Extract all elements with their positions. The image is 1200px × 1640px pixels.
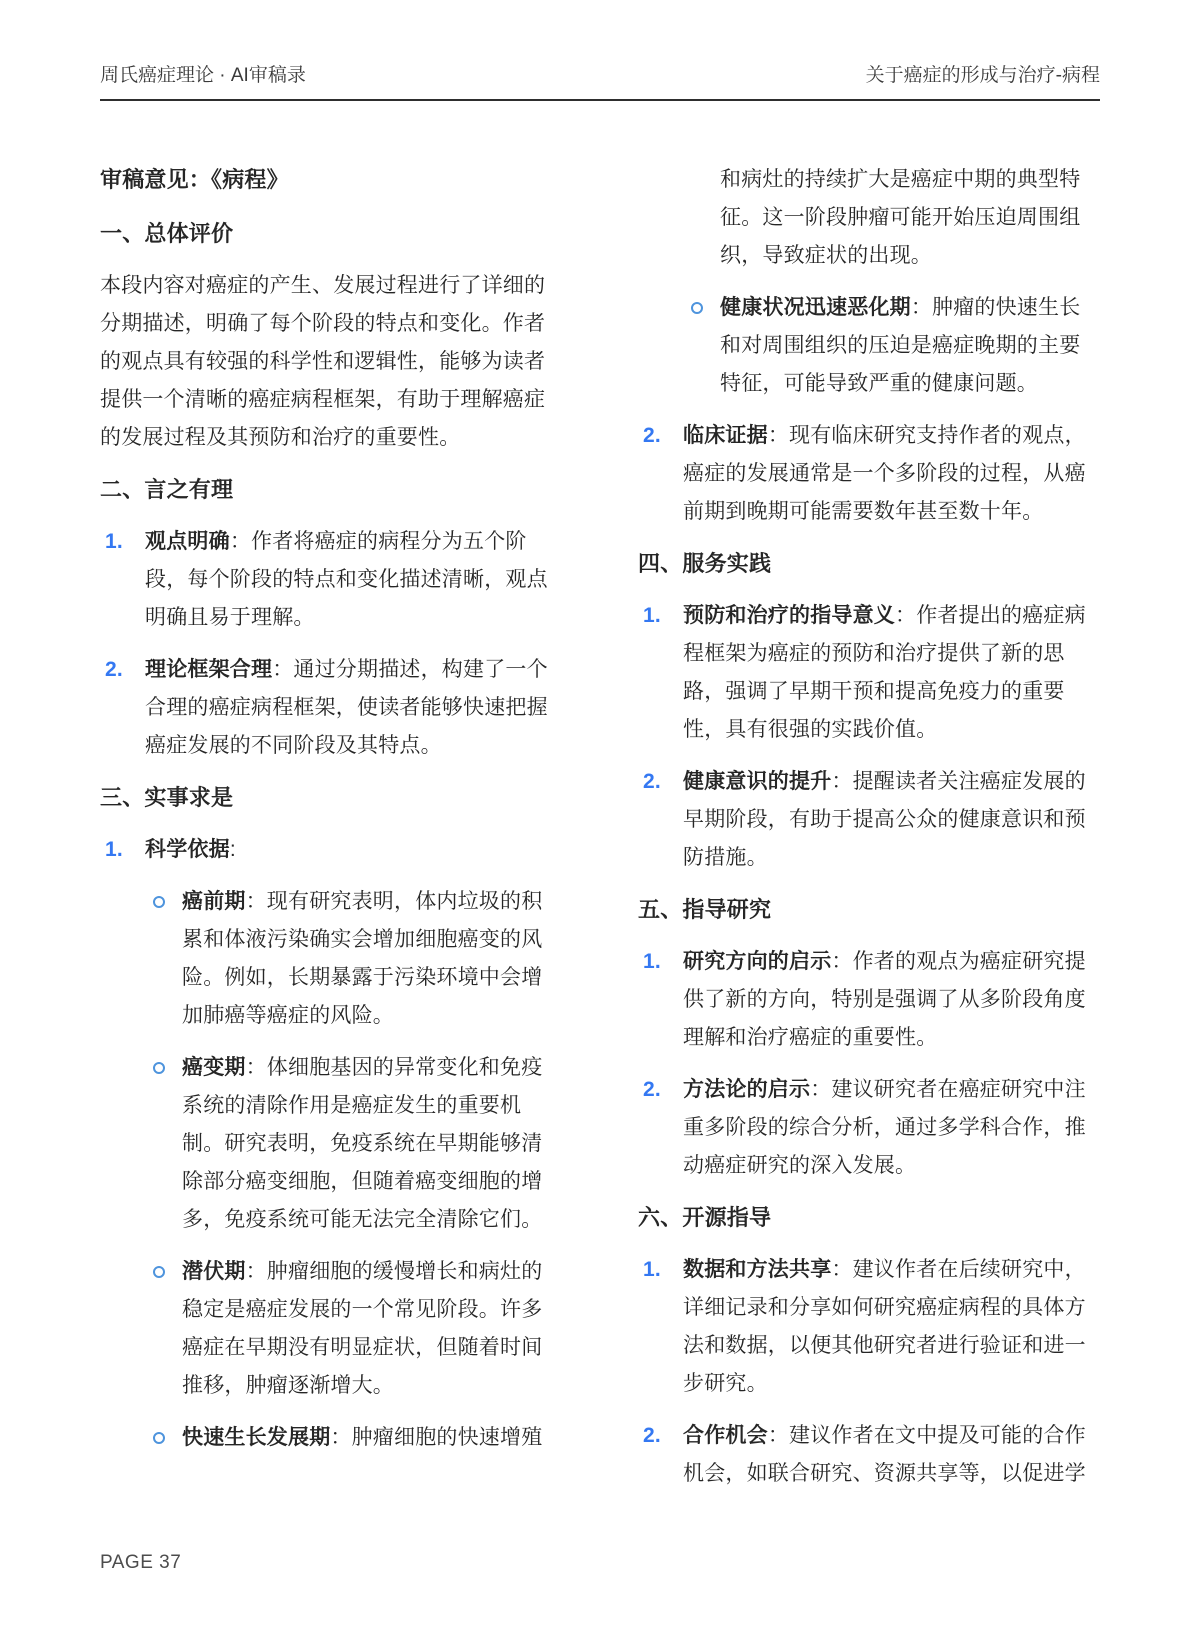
circle-bullet-icon [153,1062,165,1074]
numbered-item: 2. 临床证据：现有临床研究支持作者的观点，癌症的发展通常是一个多阶段的过程，从… [638,417,1100,531]
item-label: 科学依据 [145,838,230,861]
item-label: 研究方向的启示 [683,950,831,973]
page-number: PAGE 37 [100,1552,181,1574]
item-number: 1. [105,831,123,869]
left-column: 审稿意见：《病程》 一、总体评价 本段内容对癌症的产生、发展过程进行了详细的分期… [100,161,562,1507]
circle-bullet-icon [153,1432,165,1444]
document-page: 周氏癌症理论 · AI审稿录 关于癌症的形成与治疗-病程 审稿意见：《病程》 一… [0,0,1200,1640]
stage-bullet-item: 快速生长发展期：肿瘤细胞的快速增殖 [145,1419,562,1457]
stage-bullet-item: 潜伏期：肿瘤细胞的缓慢增长和病灶的稳定是癌症发展的一个常见阶段。许多癌症在早期没… [145,1253,562,1405]
header-divider [100,99,1100,101]
item-label: 预防和治疗的指导意义 [683,604,895,627]
bullet-continuation-text: 和病灶的持续扩大是癌症中期的典型特征。这一阶段肿瘤可能开始压迫周围组织，导致症状… [638,161,1100,275]
section-heading-6: 六、开源指导 [638,1199,1100,1237]
item-label: 观点明确 [145,530,230,553]
item-label: 理论框架合理 [145,658,272,681]
numbered-item: 1. 观点明确：作者将癌症的病程分为五个阶段，每个阶段的特点和变化描述清晰，观点… [100,523,562,637]
item-label: 数据和方法共享 [683,1258,831,1281]
item-text: : [230,838,236,861]
bullet-label: 潜伏期 [182,1260,246,1283]
numbered-item: 1. 科学依据: [100,831,562,869]
overall-evaluation-paragraph: 本段内容对癌症的产生、发展过程进行了详细的分期描述，明确了每个阶段的特点和变化。… [100,267,562,457]
numbered-item: 1. 研究方向的启示：作者的观点为癌症研究提供了新的方向，特别是强调了从多阶段角… [638,943,1100,1057]
numbered-item: 1. 预防和治疗的指导意义：作者提出的癌症病程框架为癌症的预防和治疗提供了新的思… [638,597,1100,749]
section-heading-4: 四、服务实践 [638,545,1100,583]
item-number: 1. [105,523,123,561]
header-right-title: 关于癌症的形成与治疗-病程 [866,60,1100,87]
item-label: 合作机会 [683,1424,768,1447]
item-label: 临床证据 [683,424,768,447]
stage-bullet-item: 健康状况迅速恶化期：肿瘤的快速生长和对周围组织的压迫是癌症晚期的主要特征，可能导… [683,289,1100,403]
numbered-item: 2. 健康意识的提升：提醒读者关注癌症发展的早期阶段，有助于提高公众的健康意识和… [638,763,1100,877]
review-title: 审稿意见：《病程》 [100,161,562,199]
bullet-label: 健康状况迅速恶化期 [720,296,911,319]
section-heading-2: 二、言之有理 [100,471,562,509]
circle-bullet-icon [153,1266,165,1278]
numbered-item: 2. 方法论的启示：建议研究者在癌症研究中注重多阶段的综合分析，通过多学科合作，… [638,1071,1100,1185]
item-label: 方法论的启示 [683,1078,810,1101]
item-number: 2. [643,763,661,801]
bullet-text: ：肿瘤细胞的快速增殖 [330,1426,542,1449]
circle-bullet-icon [691,302,703,314]
section-heading-5: 五、指导研究 [638,891,1100,929]
item-number: 2. [643,1071,661,1109]
header-left-title: 周氏癌症理论 · AI审稿录 [100,60,306,87]
item-number: 1. [643,943,661,981]
right-column: 和病灶的持续扩大是癌症中期的典型特征。这一阶段肿瘤可能开始压迫周围组织，导致症状… [638,161,1100,1507]
bullet-text: ：体细胞基因的异常变化和免疫系统的清除作用是癌症发生的重要机制。研究表明，免疫系… [182,1056,542,1231]
bullet-label: 癌变期 [182,1056,246,1079]
item-label: 健康意识的提升 [683,770,831,793]
section-heading-1: 一、总体评价 [100,215,562,253]
bullet-label: 快速生长发展期 [182,1426,330,1449]
item-number: 2. [105,651,123,689]
page-header: 周氏癌症理论 · AI审稿录 关于癌症的形成与治疗-病程 [100,0,1100,87]
numbered-item: 2. 合作机会：建议作者在文中提及可能的合作机会，如联合研究、资源共享等，以促进… [638,1417,1100,1493]
item-number: 2. [643,417,661,455]
item-number: 1. [643,597,661,635]
stage-bullet-item: 癌变期：体细胞基因的异常变化和免疫系统的清除作用是癌症发生的重要机制。研究表明，… [145,1049,562,1239]
stage-bullet-item: 癌前期：现有研究表明，体内垃圾的积累和体液污染确实会增加细胞癌变的风险。例如，长… [145,883,562,1035]
numbered-item: 1. 数据和方法共享：建议作者在后续研究中，详细记录和分享如何研究癌症病程的具体… [638,1251,1100,1403]
item-number: 1. [643,1251,661,1289]
circle-bullet-icon [153,896,165,908]
bullet-label: 癌前期 [182,890,246,913]
section-heading-3: 三、实事求是 [100,779,562,817]
item-number: 2. [643,1417,661,1455]
content-columns: 审稿意见：《病程》 一、总体评价 本段内容对癌症的产生、发展过程进行了详细的分期… [100,161,1100,1507]
numbered-item: 2. 理论框架合理：通过分期描述，构建了一个合理的癌症病程框架，使读者能够快速把… [100,651,562,765]
